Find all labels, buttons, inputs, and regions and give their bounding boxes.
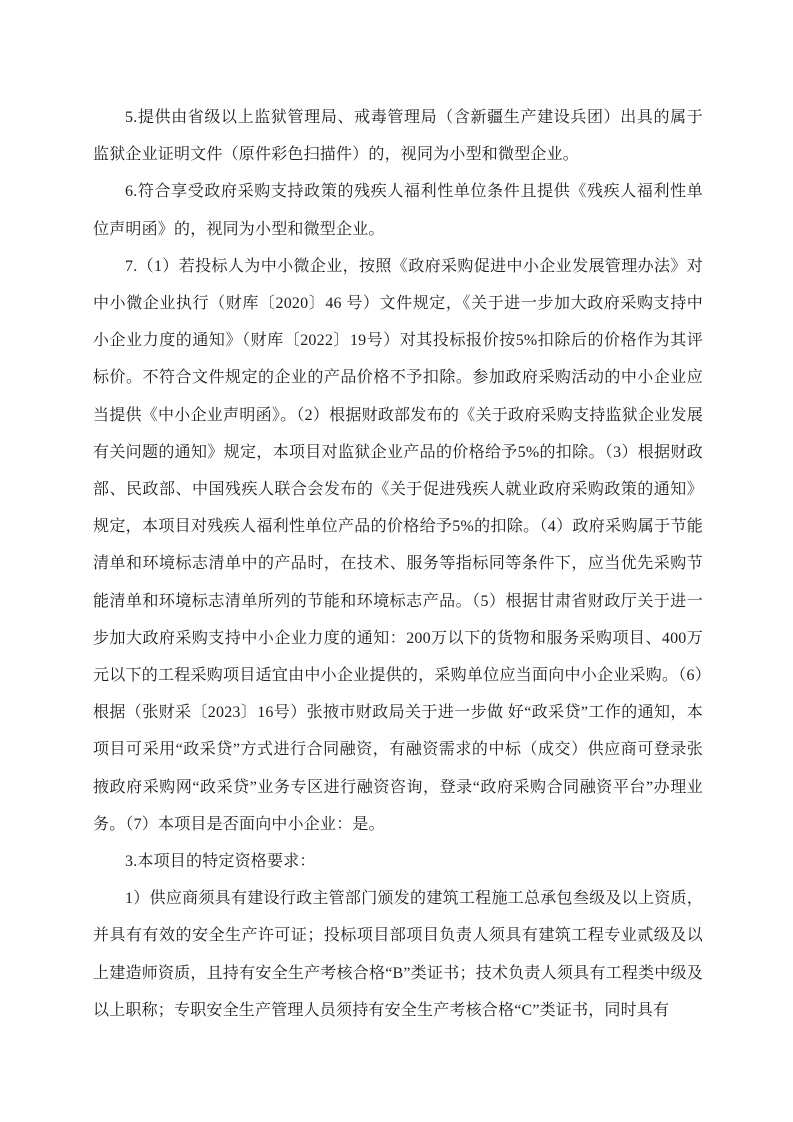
paragraph-prison-enterprise: 5.提供由省级以上监狱管理局、戒毒管理局（含新疆生产建设兵团）出具的属于监狱企业… <box>93 99 703 173</box>
paragraph-disabled-welfare-unit: 6.符合享受政府采购支持政策的残疾人福利性单位条件且提供《残疾人福利性单位声明函… <box>93 173 703 247</box>
paragraph-specific-qualification-heading: 3.本项目的特定资格要求： <box>93 843 703 880</box>
paragraph-supplier-qualification: 1）供应商须具有建设行政主管部门颁发的建筑工程施工总承包叁级及以上资质，并具有有… <box>93 880 703 1029</box>
paragraph-procurement-policies: 7.（1）若投标人为中小微企业，按照《政府采购促进中小企业发展管理办法》对中小微… <box>93 248 703 843</box>
document-body: 5.提供由省级以上监狱管理局、戒毒管理局（含新疆生产建设兵团）出具的属于监狱企业… <box>93 99 703 1029</box>
document-page: 5.提供由省级以上监狱管理局、戒毒管理局（含新疆生产建设兵团）出具的属于监狱企业… <box>0 0 793 1122</box>
